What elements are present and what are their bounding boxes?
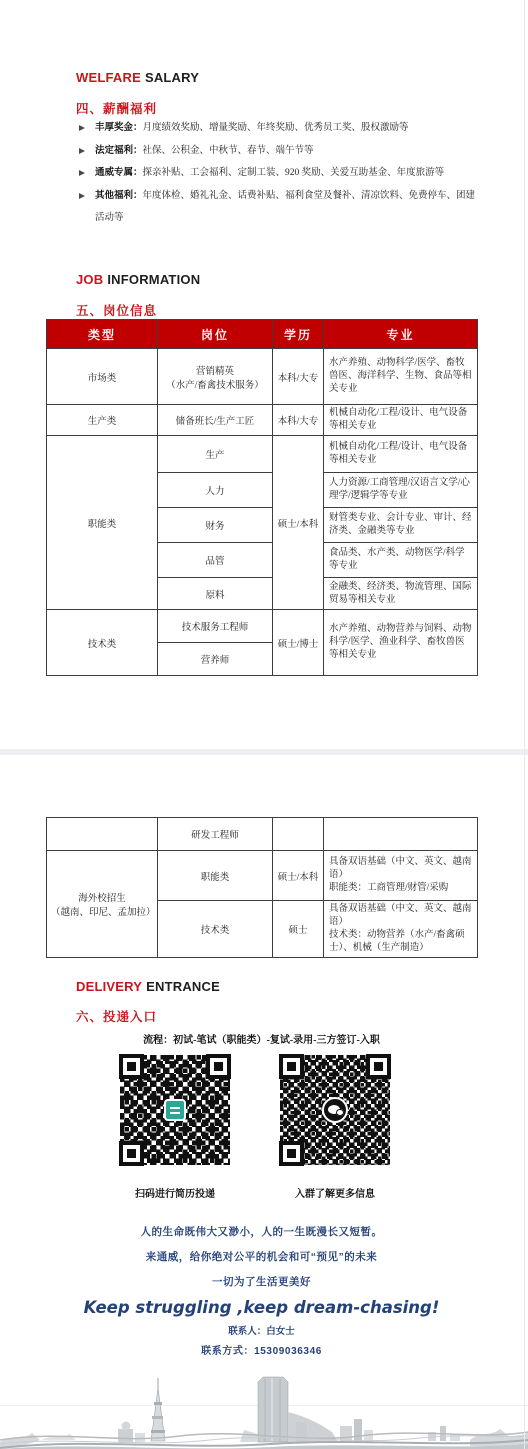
qr-finder-icon — [366, 1054, 391, 1079]
cell-major: 水产养殖、动物科学/医学、畜牧兽医、海洋科学、生物、食品等相关专业 — [324, 349, 478, 405]
welfare-salary-heading: WELFARESALARY — [76, 70, 199, 85]
cell-degree: 硕士 — [273, 901, 324, 958]
welfare-bullet-list: 丰厚奖金：月度绩效奖励、增量奖励、年终奖励、优秀员工奖、股权激励等 法定福利：社… — [78, 117, 480, 230]
cell-major: 水产养殖、动物营养与饲料、动物科学/医学、渔业科学、畜牧兽医等相关专业 — [324, 610, 478, 676]
cell-post: 财务 — [158, 508, 273, 543]
bullet-label: 法定福利： — [95, 146, 143, 156]
list-item: 其他福利：年度体检、婚礼礼金、话费补贴、福利食堂及餐补、清凉饮料、免费停车、团建… — [78, 185, 480, 230]
cell-major: 具备双语基础（中文、英文、越南语） 职能类：工商管理/财管/采购 — [324, 851, 478, 901]
list-item: 法定福利：社保、公积金、中秋节、春节、端午节等 — [78, 140, 480, 163]
slogan-text: Keep struggling ,keep dream-chasing! — [46, 1295, 477, 1321]
section-title-welfare: 四、薪酬福利 — [76, 99, 157, 117]
cell-major: 食品类、水产类、动物医学/科学等专业 — [324, 543, 478, 578]
cell-post: 原料 — [158, 578, 273, 610]
cell-post: 储备班长/生产工匠 — [158, 405, 273, 436]
qr-finder-icon — [119, 1141, 144, 1166]
heading-rest-text: INFORMATION — [107, 272, 200, 287]
col-header-type: 类型 — [47, 320, 158, 349]
table-header-row: 类型 岗位 学历 专业 — [47, 320, 478, 349]
section-title-job: 五、岗位信息 — [76, 301, 157, 319]
table-row: 研发工程师 — [47, 818, 478, 851]
col-header-major: 专业 — [324, 320, 478, 349]
cell-post: 人力 — [158, 473, 273, 508]
page-break-gap — [0, 749, 528, 755]
contact-person: 联系人：白女士 — [46, 1321, 477, 1342]
arrow-bullet-icon — [79, 193, 85, 199]
heading-accent-text: DELIVERY — [76, 979, 142, 994]
cell-degree: 硕士/本科 — [273, 436, 324, 610]
group-qr-caption: 入群了解更多信息 — [279, 1185, 391, 1200]
cell-empty — [47, 818, 158, 851]
cell-major: 人力资源/工商管理/汉语言文学/心理学/逻辑学等专业 — [324, 473, 478, 508]
resume-qr-code — [119, 1054, 231, 1166]
cell-type: 职能类 — [47, 436, 158, 610]
page-right-edge — [524, 0, 525, 1449]
bullet-label: 其他福利： — [95, 191, 143, 201]
table-row: 海外校招生 （越南、印尼、孟加拉） 职能类 硕士/本科 具备双语基础（中文、英文… — [47, 851, 478, 901]
heading-rest-text: ENTRANCE — [146, 979, 220, 994]
bullet-text: 社保、公积金、中秋节、春节、端午节等 — [143, 146, 314, 156]
cell-major: 财管类专业、会计专业、审计、经济类、金融类等专业 — [324, 508, 478, 543]
cell-post: 技术类 — [158, 901, 273, 958]
closing-message-block: 人的生命既伟大又渺小，人的一生既漫长又短暂。 来通威，给你绝对公平的机会和可“预… — [46, 1220, 477, 1362]
cell-degree: 硕士/博士 — [273, 610, 324, 676]
col-header-post: 岗位 — [158, 320, 273, 349]
cell-type: 生产类 — [47, 405, 158, 436]
cell-major: 机械自动化/工程/设计、电气设备等相关专业 — [324, 405, 478, 436]
cell-major: 机械自动化/工程/设计、电气设备等相关专业 — [324, 436, 478, 473]
cell-post: 研发工程师 — [158, 818, 273, 851]
table-row: 职能类 生产 硕士/本科 机械自动化/工程/设计、电气设备等相关专业 — [47, 436, 478, 473]
cell-post: 技术服务工程师 — [158, 610, 273, 643]
qr-finder-icon — [206, 1054, 231, 1079]
recruitment-flow-text: 流程：初试-笔试（职能类）-复试-录用-三方签订-入职 — [46, 1031, 477, 1046]
closing-line: 人的生命既伟大又渺小，人的一生既漫长又短暂。 — [46, 1220, 477, 1245]
resume-qr-caption: 扫码进行简历投递 — [119, 1185, 231, 1200]
cell-empty — [273, 818, 324, 851]
heading-accent-text: JOB — [76, 272, 103, 287]
heading-accent-text: WELFARE — [76, 70, 141, 85]
bullet-label: 丰厚奖金： — [95, 123, 143, 133]
cell-post: 生产 — [158, 436, 273, 473]
cell-post: 品管 — [158, 543, 273, 578]
document-page: WELFARESALARY 四、薪酬福利 丰厚奖金：月度绩效奖励、增量奖励、年终… — [0, 0, 528, 1449]
delivery-entrance-heading: DELIVERYENTRANCE — [76, 979, 220, 994]
bullet-text: 年度体检、婚礼礼金、话费补贴、福利食堂及餐补、清凉饮料、免费停车、团建活动等 — [95, 191, 475, 224]
city-skyline-illustration — [0, 1374, 528, 1449]
arrow-bullet-icon — [79, 170, 85, 176]
list-item: 通威专属：探亲补贴、工会福利、定制工装、920 奖励、关爱互助基金、年度旅游等 — [78, 162, 480, 185]
wechat-icon — [322, 1097, 348, 1123]
cell-degree: 本科/大专 — [273, 349, 324, 405]
cell-post: 职能类 — [158, 851, 273, 901]
list-item: 丰厚奖金：月度绩效奖励、增量奖励、年终奖励、优秀员工奖、股权激励等 — [78, 117, 480, 140]
closing-line: 一切为了生活更美好 — [46, 1270, 477, 1295]
group-qr-code — [279, 1054, 391, 1166]
col-header-degree: 学历 — [273, 320, 324, 349]
arrow-bullet-icon — [79, 148, 85, 154]
table-row: 生产类 储备班长/生产工匠 本科/大专 机械自动化/工程/设计、电气设备等相关专… — [47, 405, 478, 436]
qr-center-logo-icon — [164, 1099, 186, 1121]
cell-post: 营销精英 （水产/畜禽技术服务） — [158, 349, 273, 405]
cell-type: 海外校招生 （越南、印尼、孟加拉） — [47, 851, 158, 958]
arrow-bullet-icon — [79, 125, 85, 131]
table-row: 市场类 营销精英 （水产/畜禽技术服务） 本科/大专 水产养殖、动物科学/医学、… — [47, 349, 478, 405]
job-table-page2: 研发工程师 海外校招生 （越南、印尼、孟加拉） 职能类 硕士/本科 具备双语基础… — [46, 817, 478, 958]
cell-major: 金融类、经济类、物流管理、国际贸易等相关专业 — [324, 578, 478, 610]
closing-line: 来通威，给你绝对公平的机会和可“预见”的未来 — [46, 1245, 477, 1270]
cell-type: 市场类 — [47, 349, 158, 405]
cell-type: 技术类 — [47, 610, 158, 676]
bullet-text: 探亲补贴、工会福利、定制工装、920 奖励、关爱互助基金、年度旅游等 — [143, 168, 445, 178]
qr-finder-icon — [119, 1054, 144, 1079]
bullet-text: 月度绩效奖励、增量奖励、年终奖励、优秀员工奖、股权激励等 — [143, 123, 409, 133]
table-row: 技术类 技术服务工程师 硕士/博士 水产养殖、动物营养与饲料、动物科学/医学、渔… — [47, 610, 478, 643]
job-table-page1: 类型 岗位 学历 专业 市场类 营销精英 （水产/畜禽技术服务） 本科/大专 水… — [46, 319, 478, 676]
cell-degree: 本科/大专 — [273, 405, 324, 436]
cell-empty — [324, 818, 478, 851]
qr-finder-icon — [279, 1054, 304, 1079]
cell-major: 具备双语基础（中文、英文、越南语） 技术类：动物营养（水产/畜禽硕士）、机械（生… — [324, 901, 478, 958]
contact-phone: 联系方式：15309036346 — [46, 1342, 477, 1362]
qr-finder-icon — [279, 1141, 304, 1166]
heading-rest-text: SALARY — [145, 70, 199, 85]
section-title-delivery: 六、投递入口 — [76, 1007, 157, 1025]
job-information-heading: JOBINFORMATION — [76, 272, 200, 287]
bullet-label: 通威专属： — [95, 168, 143, 178]
cell-degree: 硕士/本科 — [273, 851, 324, 901]
cell-post: 营养师 — [158, 643, 273, 676]
